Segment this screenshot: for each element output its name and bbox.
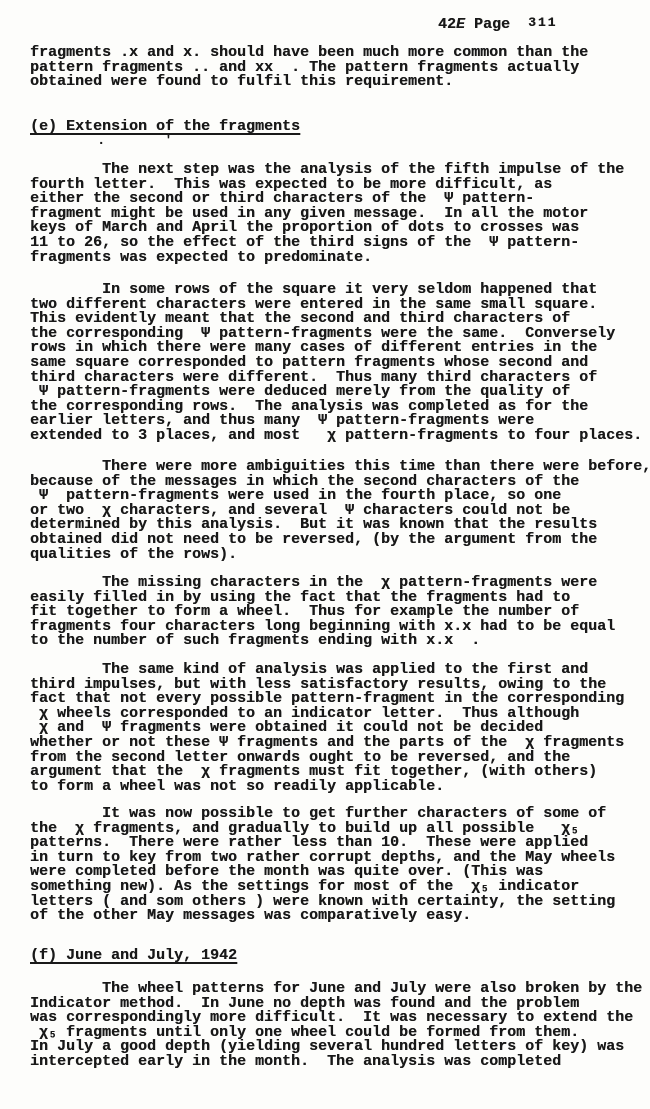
paragraph-further-characters: It was now possible to get further chara… [30,807,615,924]
paragraph-rows-square: In some rows of the square it very seldo… [30,283,642,444]
header-spacer2 [510,16,528,33]
paragraph-continuation: fragments .x and x. should have been muc… [30,46,588,90]
header-page-word: Page [474,16,510,33]
section-heading-f: (f) June and July, 1942 [30,949,237,964]
header-section-ref: 42 [438,16,456,33]
paragraph-missing-characters: The missing characters in the χ pattern-… [30,576,615,649]
page-header: 42E Page 311 [438,15,557,33]
paragraph-ambiguities: There were more ambiguities this time th… [30,460,650,562]
header-page-number: 311 [528,15,557,30]
header-spacer [465,16,474,33]
paragraph-june-july: The wheel patterns for June and July wer… [30,982,642,1070]
header-section-letter: E [456,16,465,33]
scanned-document-page: 42E Page 311 fragments .x and x. should … [0,0,650,1109]
paragraph-same-analysis: The same kind of analysis was applied to… [30,663,624,794]
stray-ink-marks: . ' [97,133,173,149]
paragraph-next-step: The next step was the analysis of the fi… [30,163,624,265]
